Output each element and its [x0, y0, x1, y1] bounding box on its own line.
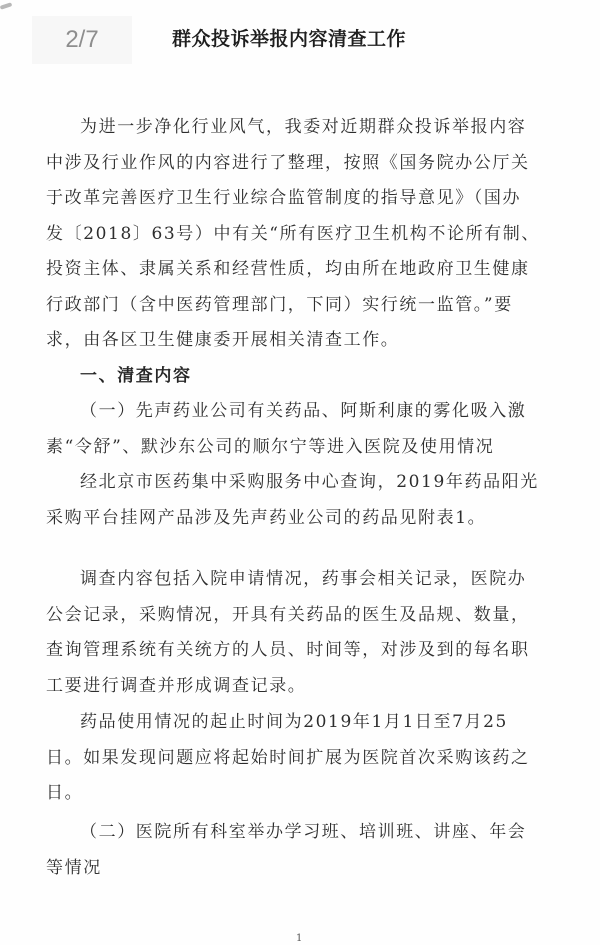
- footer-page-number: 1: [296, 933, 302, 944]
- paragraph-intro: 为进一步净化行业风气，我委对近期群众投诉举报内容 中涉及行业作风的内容进行了整理…: [46, 110, 492, 536]
- page-counter-text: 2/7: [65, 26, 98, 54]
- section-heading: 一、清查内容: [46, 359, 492, 395]
- corner-mark: [0, 2, 12, 10]
- text-line: 日。如果发现问题应将起始时间扩展为医院首次采购该药之: [46, 741, 492, 777]
- text-line: 经北京市医药集中采购服务中心查询，2019年药品阳光: [46, 465, 492, 501]
- text-line: （二）医院所有科室举办学习班、培训班、讲座、年会: [46, 815, 492, 851]
- text-line: 投资主体、隶属关系和经营性质，均由所在地政府卫生健康: [46, 252, 492, 288]
- text-line: 求，由各区卫生健康委开展相关清查工作。: [46, 323, 492, 359]
- paragraph-investigation: 调查内容包括入院申请情况，药事会相关记录，医院办 公会记录，采购情况，开具有关药…: [46, 562, 492, 704]
- text-line: 药品使用情况的起止时间为2019年1月1日至7月25: [46, 705, 492, 741]
- text-line: 为进一步净化行业风气，我委对近期群众投诉举报内容: [46, 110, 492, 146]
- paragraph-time-range: 药品使用情况的起止时间为2019年1月1日至7月25 日。如果发现问题应将起始时…: [46, 705, 492, 812]
- text-line: 调查内容包括入院申请情况，药事会相关记录，医院办: [46, 562, 492, 598]
- text-line: 采购平台挂网产品涉及先声药业公司的药品见附表1。: [46, 501, 492, 537]
- text-line: 于改革完善医疗卫生行业综合监管制度的指导意见》（国办: [46, 181, 492, 217]
- text-line: 素“令舒”、默沙东公司的顺尔宁等进入医院及使用情况: [46, 430, 492, 466]
- text-line: （一）先声药业公司有关药品、阿斯利康的雾化吸入激: [46, 394, 492, 430]
- text-line: 查询管理系统有关统方的人员、时间等，对涉及到的每名职: [46, 633, 492, 669]
- paragraph-section-two: （二）医院所有科室举办学习班、培训班、讲座、年会 等情况: [46, 815, 492, 886]
- page-counter-badge: 2/7: [32, 16, 132, 64]
- document-page: 2/7 群众投诉举报内容清查工作 为进一步净化行业风气，我委对近期群众投诉举报内…: [0, 0, 600, 945]
- document-title: 群众投诉举报内容清查工作: [172, 24, 406, 51]
- text-line: 等情况: [46, 851, 492, 887]
- text-line: 行政部门（含中医药管理部门，下同）实行统一监管。”要: [46, 288, 492, 324]
- text-line: 发〔2018〕63号）中有关“所有医疗卫生机构不论所有制、: [46, 217, 492, 253]
- text-line: 工要进行调查并形成调查记录。: [46, 669, 492, 705]
- text-line: 日。: [46, 776, 492, 812]
- text-line: 中涉及行业作风的内容进行了整理，按照《国务院办公厅关: [46, 146, 492, 182]
- text-line: 公会记录，采购情况，开具有关药品的医生及品规、数量，: [46, 598, 492, 634]
